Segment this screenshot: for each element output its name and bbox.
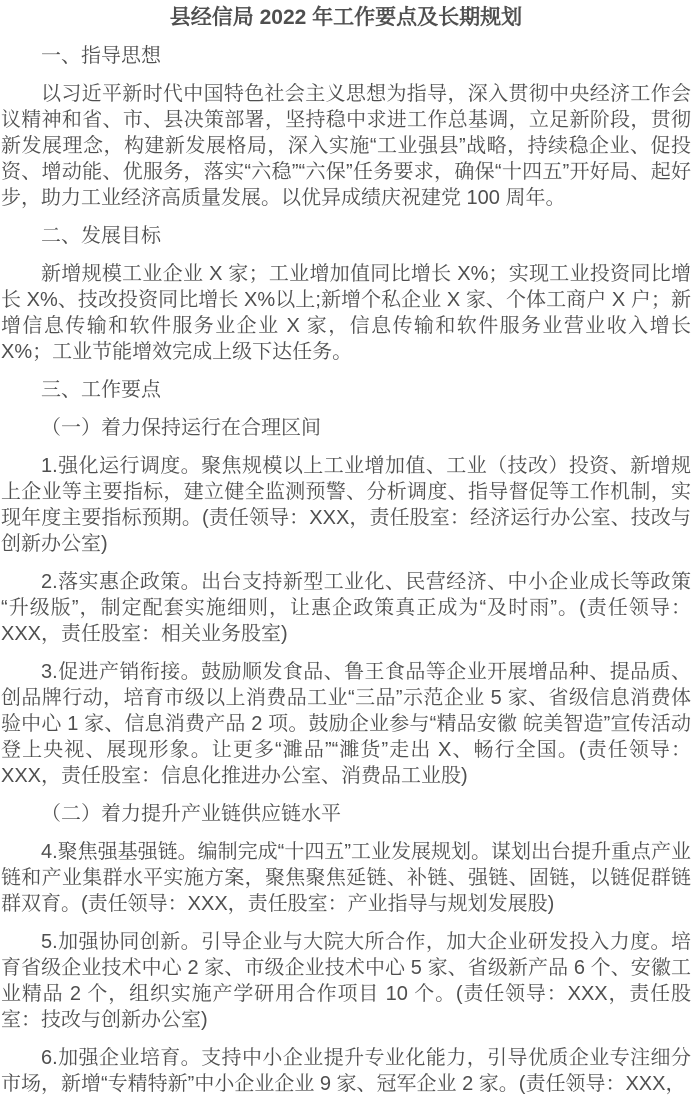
- document-title: 县经信局 2022 年工作要点及长期规划: [1, 5, 691, 31]
- section-heading-3: 三、工作要点: [1, 377, 691, 403]
- paragraph-item-6: 6.加强企业培育。支持中小企业提升专业化能力，引导优质企业专注细分市场，新增“专…: [1, 1045, 691, 1097]
- section-heading-2: 二、发展目标: [1, 223, 691, 249]
- paragraph-guiding-ideology: 以习近平新时代中国特色社会主义思想为指导，深入贯彻中央经济工作会议精神和省、市、…: [1, 81, 691, 211]
- paragraph-item-4: 4.聚焦强基强链。编制完成“十四五”工业发展规划。谋划出台提升重点产业链和产业集…: [1, 839, 691, 917]
- section-heading-1: 一、指导思想: [1, 43, 691, 69]
- paragraph-item-2: 2.落实惠企政策。出台支持新型工业化、民营经济、中小企业成长等政策“升级版”，制…: [1, 569, 691, 647]
- paragraph-item-1: 1.强化运行调度。聚焦规模以上工业增加值、工业（技改）投资、新增规上企业等主要指…: [1, 453, 691, 557]
- subsection-heading-1: （一）着力保持运行在合理区间: [1, 415, 691, 441]
- paragraph-item-3: 3.促进产销衔接。鼓励顺发食品、鲁王食品等企业开展增品种、提品质、创品牌行动，培…: [1, 659, 691, 789]
- document-page: 县经信局 2022 年工作要点及长期规划 一、指导思想 以习近平新时代中国特色社…: [0, 0, 693, 1097]
- paragraph-development-goals: 新增规模工业企业 X 家；工业增加值同比增长 X%；实现工业投资同比增长 X%、…: [1, 261, 691, 365]
- paragraph-item-5: 5.加强协同创新。引导企业与大院大所合作，加大企业研发投入力度。培育省级企业技术…: [1, 929, 691, 1033]
- subsection-heading-2: （二）着力提升产业链供应链水平: [1, 801, 691, 827]
